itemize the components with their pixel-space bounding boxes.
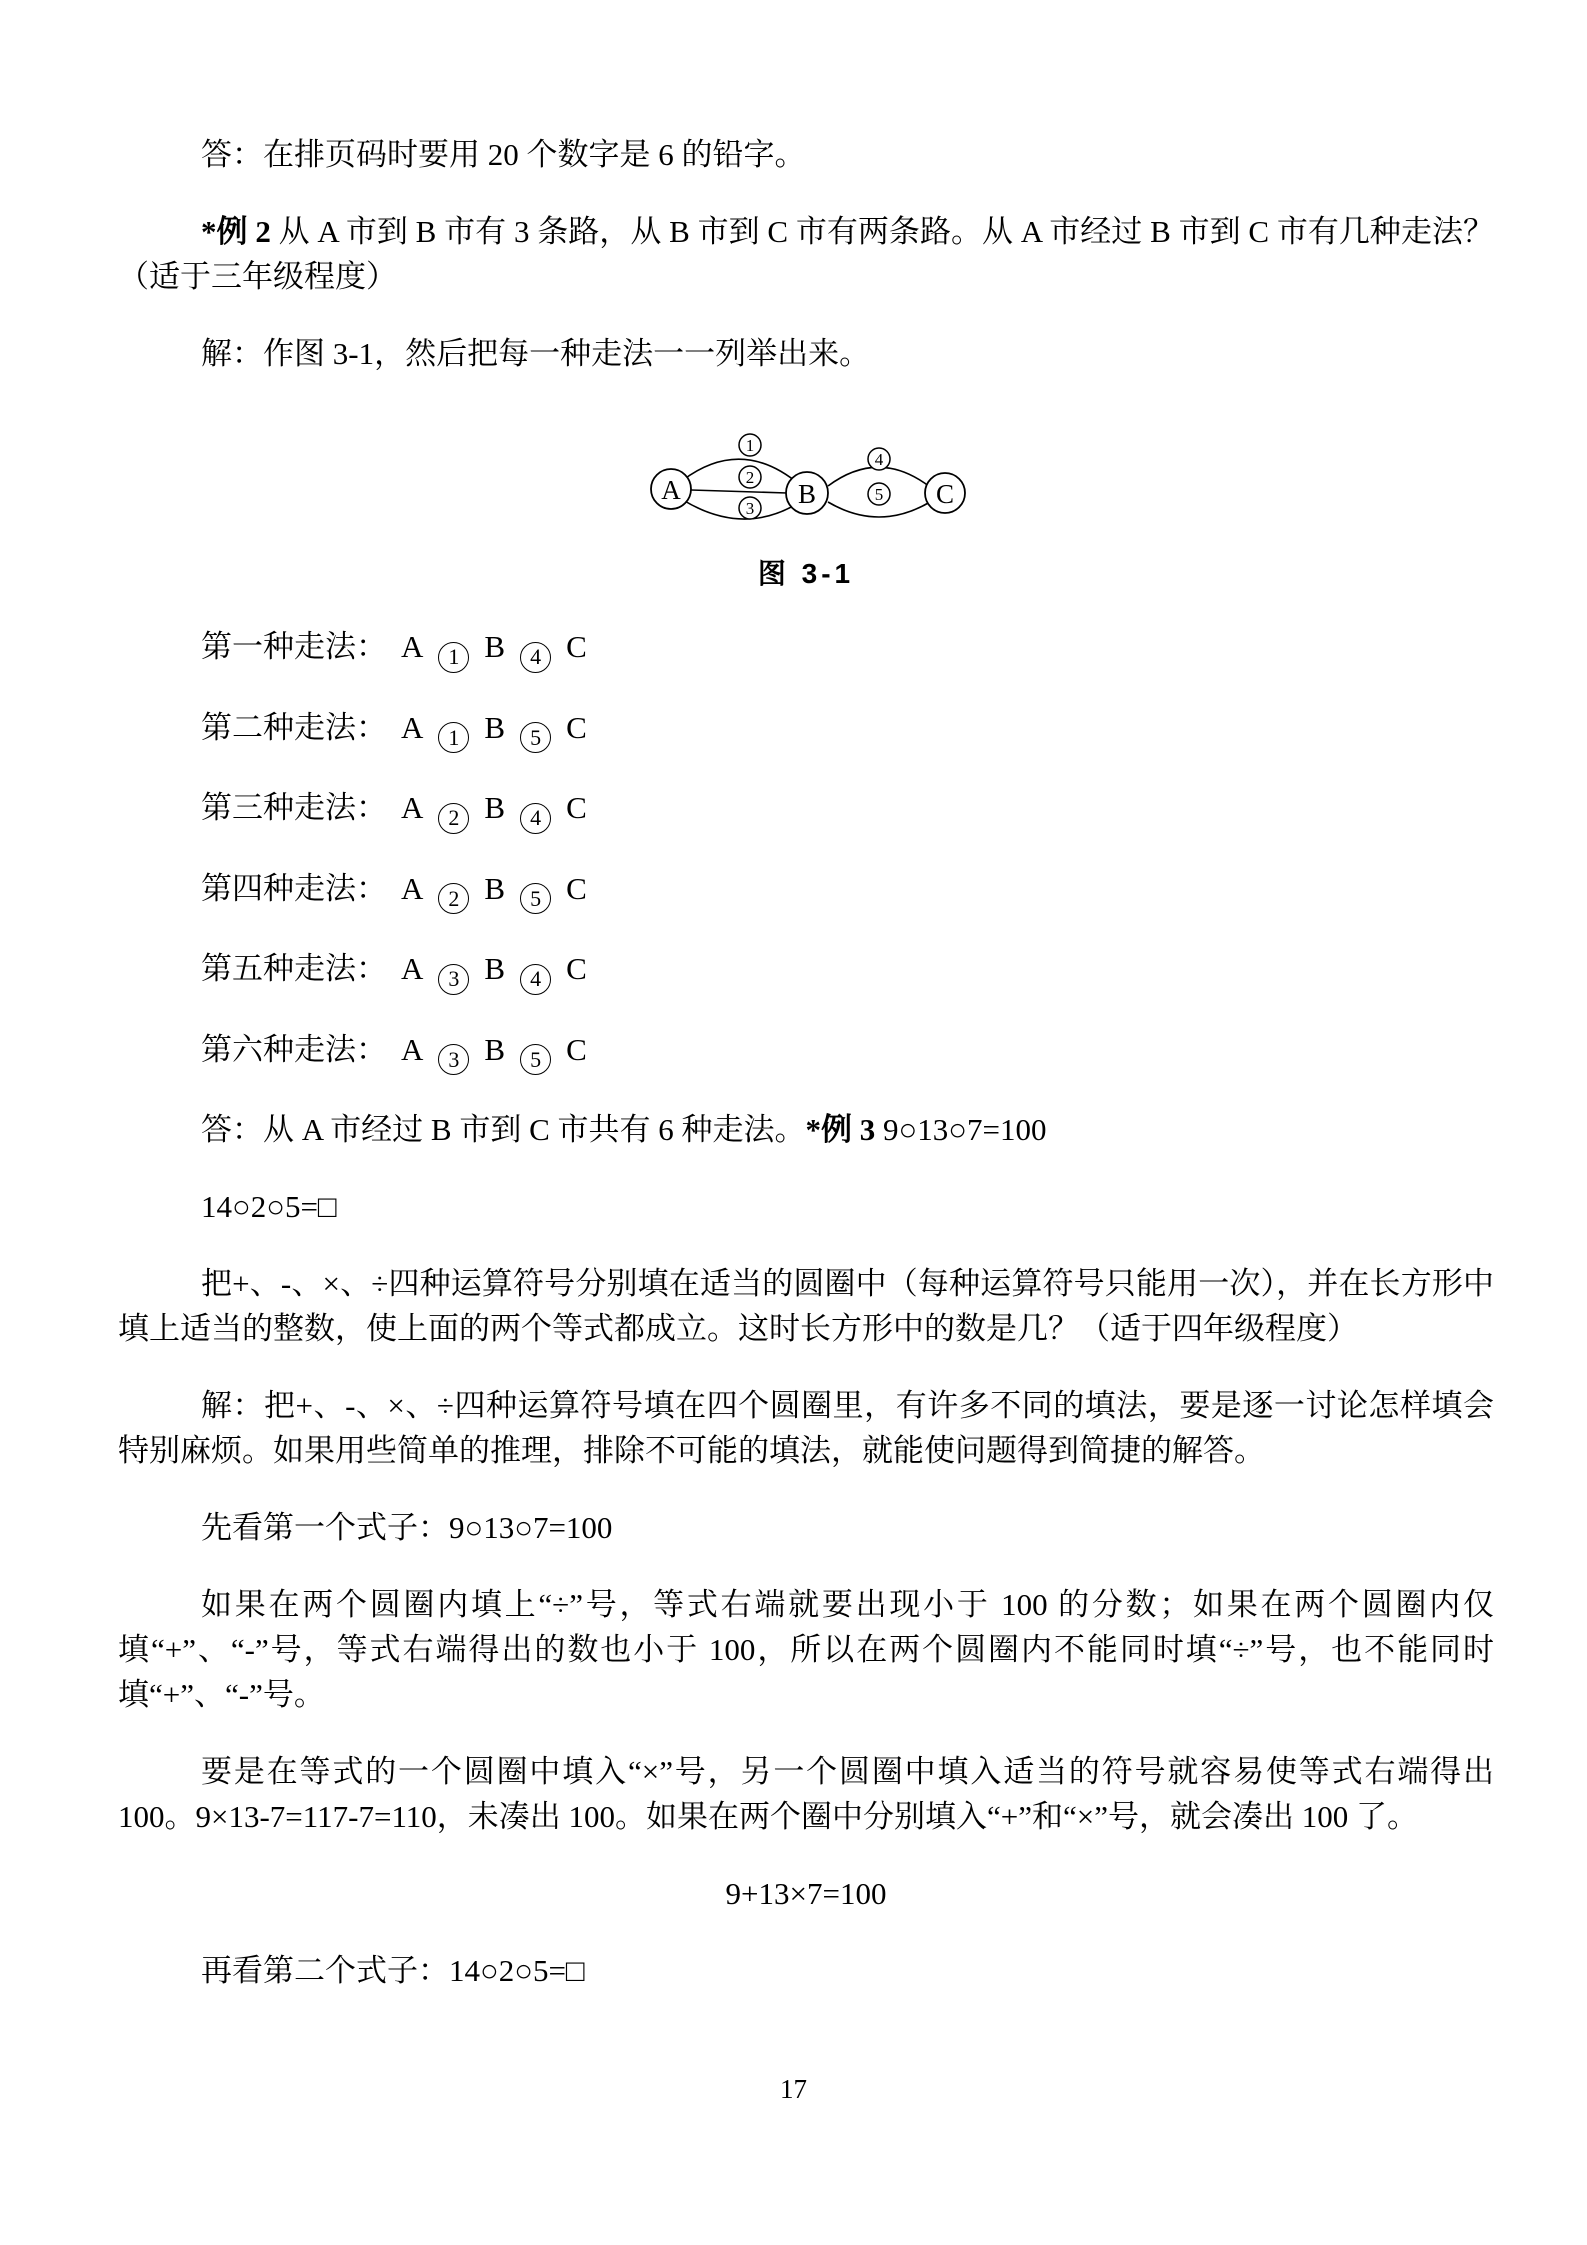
answer1-text: 答：在排页码时要用 20 个数字是 6 的铅字。 bbox=[201, 137, 806, 172]
walk-row-1: 第一种走法：A1B4C bbox=[118, 624, 1494, 673]
route-3-number: 3 bbox=[746, 499, 755, 518]
walk-label: 第五种走法： bbox=[201, 951, 387, 986]
analysis2-text: 要是在等式的一个圆圈中填入“×”号，另一个圆圈中填入适当的符号就容易使等式右端得… bbox=[118, 1754, 1494, 1834]
first-equation-intro-text: 先看第一个式子：9○13○7=100 bbox=[201, 1510, 612, 1545]
walk-row-4: 第四种走法：A2B5C bbox=[118, 866, 1494, 915]
walk-node: C bbox=[566, 710, 587, 745]
route-number-circle: 5 bbox=[520, 883, 551, 914]
route-4-number: 4 bbox=[875, 450, 884, 469]
figure-3-1: A B C 1 2 3 4 5 图 3-1 bbox=[118, 432, 1494, 592]
route-5-number: 5 bbox=[875, 485, 884, 504]
walk-node: A bbox=[401, 710, 423, 745]
route-number-circle: 1 bbox=[438, 642, 469, 673]
walk-node: C bbox=[566, 790, 587, 825]
problem3-text: 把+、-、×、÷四种运算符号分别填在适当的圆圈中（每种运算符号只能用一次），并在… bbox=[118, 1266, 1494, 1346]
walk-node: C bbox=[566, 951, 587, 986]
solution2-text: 解：作图 3-1，然后把每一种走法一一列举出来。 bbox=[201, 336, 870, 371]
equation2-text: 14○2○5=□ bbox=[201, 1189, 337, 1224]
walk-label: 第六种走法： bbox=[201, 1032, 387, 1067]
walk-row-3: 第三种走法：A2B4C bbox=[118, 785, 1494, 834]
paragraph-problem-3: 把+、-、×、÷四种运算符号分别填在适当的圆圈中（每种运算符号只能用一次），并在… bbox=[118, 1261, 1494, 1351]
route-number-circle: 5 bbox=[520, 1044, 551, 1075]
walk-node: B bbox=[484, 951, 505, 986]
walk-node: B bbox=[484, 871, 505, 906]
second-equation-intro-text: 再看第二个式子：14○2○5=□ bbox=[201, 1953, 585, 1988]
paragraph-solution-2: 解：作图 3-1，然后把每一种走法一一列举出来。 bbox=[118, 331, 1494, 376]
analysis1-text: 如果在两个圆圈内填上“÷”号，等式右端就要出现小于 100 的分数；如果在两个圆… bbox=[118, 1587, 1494, 1712]
walk-row-5: 第五种走法：A3B4C bbox=[118, 946, 1494, 995]
walk-node: B bbox=[484, 790, 505, 825]
route-2-number: 2 bbox=[746, 468, 755, 487]
walk-node: A bbox=[401, 951, 423, 986]
page-number: 17 bbox=[0, 2072, 1587, 2106]
paragraph-example-2: *例 2 从 A 市到 B 市有 3 条路，从 B 市到 C 市有两条路。从 A… bbox=[118, 209, 1494, 299]
walk-node: C bbox=[566, 871, 587, 906]
walk-node: A bbox=[401, 629, 423, 664]
paragraph-second-equation-intro: 再看第二个式子：14○2○5=□ bbox=[118, 1948, 1494, 1993]
route-number-circle: 4 bbox=[520, 803, 551, 834]
route-number-circle: 4 bbox=[520, 642, 551, 673]
walk-node: B bbox=[484, 629, 505, 664]
route-number-circle: 1 bbox=[438, 722, 469, 753]
walk-row-2: 第二种走法：A1B5C bbox=[118, 705, 1494, 754]
centered-equation-text: 9+13×7=100 bbox=[726, 1876, 887, 1911]
example2-text: 从 A 市到 B 市有 3 条路，从 B 市到 C 市有两条路。从 A 市经过 … bbox=[118, 214, 1494, 294]
walk-node: A bbox=[401, 1032, 423, 1067]
paragraph-analysis-1: 如果在两个圆圈内填上“÷”号，等式右端就要出现小于 100 的分数；如果在两个圆… bbox=[118, 1582, 1494, 1717]
walk-label: 第一种走法： bbox=[201, 629, 387, 664]
paragraph-equation-2: 14○2○5=□ bbox=[118, 1184, 1494, 1229]
paragraph-solution-3: 解：把+、-、×、÷四种运算符号填在四个圆圈里，有许多不同的填法，要是逐一讨论怎… bbox=[118, 1383, 1494, 1473]
walk-row-6: 第六种走法：A3B5C bbox=[118, 1027, 1494, 1076]
walk-label: 第四种走法： bbox=[201, 871, 387, 906]
walk-node: A bbox=[401, 790, 423, 825]
node-c-label: C bbox=[936, 479, 954, 509]
walk-node: B bbox=[484, 710, 505, 745]
node-a-label: A bbox=[661, 475, 681, 505]
paragraph-first-equation-intro: 先看第一个式子：9○13○7=100 bbox=[118, 1505, 1494, 1550]
example3-equation1: 9○13○7=100 bbox=[875, 1112, 1046, 1147]
paragraph-analysis-2: 要是在等式的一个圆圈中填入“×”号，另一个圆圈中填入适当的符号就容易使等式右端得… bbox=[118, 1749, 1494, 1839]
walk-node: C bbox=[566, 629, 587, 664]
paragraph-answer-2-and-example-3: 答：从 A 市经过 B 市到 C 市共有 6 种走法。*例 3 9○13○7=1… bbox=[118, 1107, 1494, 1152]
route-number-circle: 3 bbox=[438, 1044, 469, 1075]
walk-label: 第二种走法： bbox=[201, 710, 387, 745]
document-page: 答：在排页码时要用 20 个数字是 6 的铅字。 *例 2 从 A 市到 B 市… bbox=[0, 0, 1587, 2245]
example2-label: *例 2 bbox=[201, 214, 271, 249]
walk-node: A bbox=[401, 871, 423, 906]
node-b-label: B bbox=[798, 479, 816, 509]
route-number-circle: 3 bbox=[438, 964, 469, 995]
solution3-text: 解：把+、-、×、÷四种运算符号填在四个圆圈里，有许多不同的填法，要是逐一讨论怎… bbox=[118, 1388, 1494, 1468]
walk-node: C bbox=[566, 1032, 587, 1067]
walk-node: B bbox=[484, 1032, 505, 1067]
answer2-text: 答：从 A 市经过 B 市到 C 市共有 6 种走法。 bbox=[201, 1112, 806, 1147]
route-number-circle: 4 bbox=[520, 964, 551, 995]
route-number-circle: 2 bbox=[438, 883, 469, 914]
route-diagram: A B C 1 2 3 4 5 bbox=[636, 432, 976, 532]
route-number-circle: 2 bbox=[438, 803, 469, 834]
route-number-circle: 5 bbox=[520, 722, 551, 753]
route-2-path bbox=[691, 490, 787, 493]
figure-caption: 图 3-1 bbox=[118, 556, 1494, 592]
route-1-number: 1 bbox=[746, 436, 755, 455]
paragraph-centered-equation: 9+13×7=100 bbox=[118, 1871, 1494, 1916]
walk-label: 第三种走法： bbox=[201, 790, 387, 825]
paragraph-answer-1: 答：在排页码时要用 20 个数字是 6 的铅字。 bbox=[118, 132, 1494, 177]
example3-label: *例 3 bbox=[806, 1112, 876, 1147]
